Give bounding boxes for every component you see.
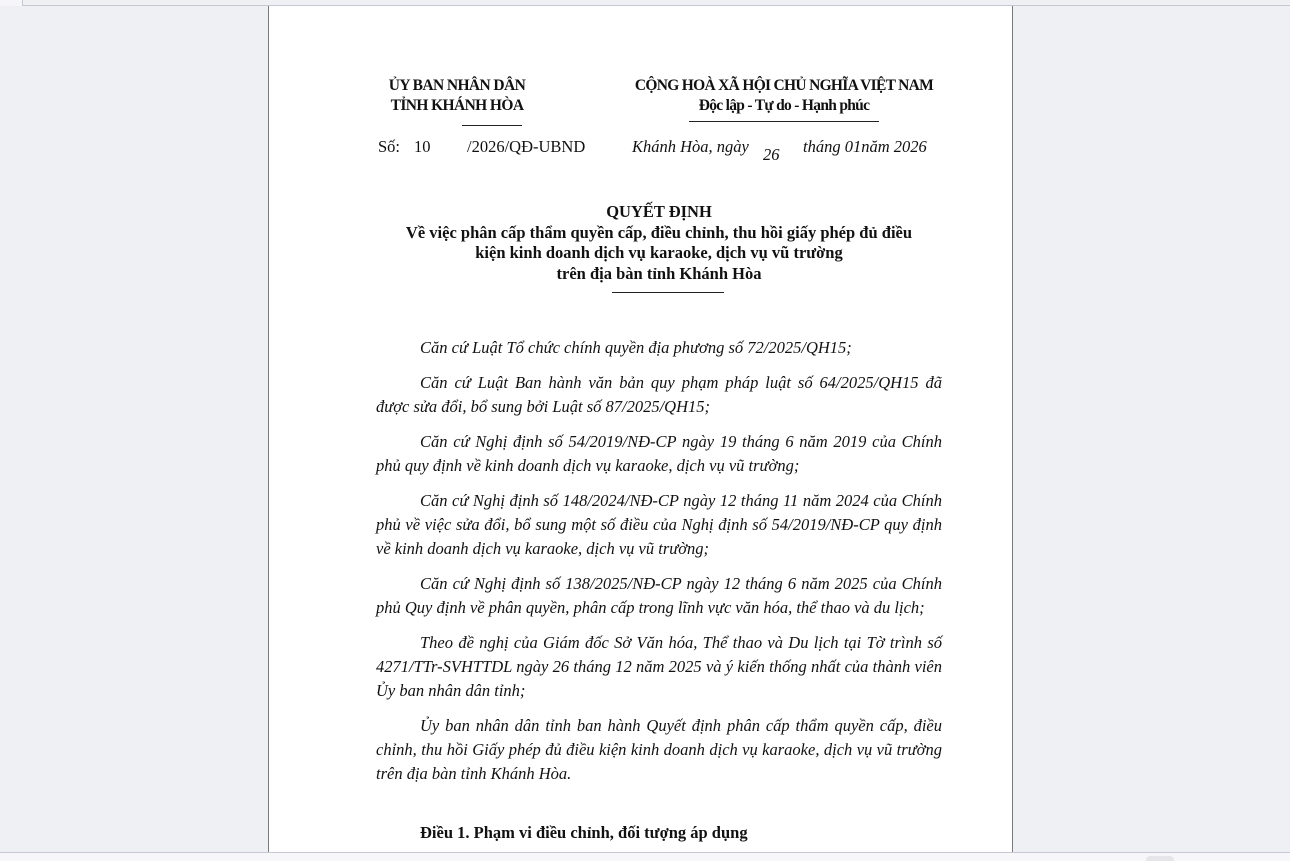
decision-title: QUYẾT ĐỊNH xyxy=(369,202,949,223)
decision-title-block: QUYẾT ĐỊNH Về việc phân cấp thẩm quyền c… xyxy=(369,202,949,284)
national-title: CỘNG HOÀ XÃ HỘI CHỦ NGHĨA VIỆT NAM xyxy=(629,76,939,96)
scrollbar-thumb[interactable] xyxy=(1146,856,1174,861)
authority-line-1: ỦY BAN NHÂN DÂN xyxy=(377,76,537,96)
authority-line-2: TỈNH KHÁNH HÒA xyxy=(377,96,537,116)
document-number-suffix: /2026/QĐ-UBND xyxy=(467,137,585,157)
legal-basis-paragraph: Căn cứ Luật Ban hành văn bản quy phạm ph… xyxy=(376,371,942,419)
title-underline xyxy=(612,292,724,293)
legal-basis-paragraph: Ủy ban nhân dân tỉnh ban hành Quyết định… xyxy=(376,714,942,786)
date-prefix: Khánh Hòa, ngày xyxy=(632,137,749,157)
legal-basis-paragraph: Căn cứ Nghị định số 138/2025/NĐ-CP ngày … xyxy=(376,572,942,620)
authority-underline xyxy=(462,125,522,126)
motto-underline xyxy=(689,121,879,122)
date-day: 26 xyxy=(763,145,780,165)
legal-basis: Căn cứ Luật Tổ chức chính quyền địa phươ… xyxy=(376,336,942,797)
document-number-label: Số: xyxy=(378,137,400,157)
decision-subtitle-line: kiện kinh doanh dịch vụ karaoke, dịch vụ… xyxy=(369,243,949,264)
national-motto: Độc lập - Tự do - Hạnh phúc xyxy=(629,96,939,116)
decision-subtitle-line: trên địa bàn tỉnh Khánh Hòa xyxy=(369,264,949,285)
legal-basis-paragraph: Căn cứ Nghị định số 148/2024/NĐ-CP ngày … xyxy=(376,489,942,561)
legal-basis-paragraph: Căn cứ Nghị định số 54/2019/NĐ-CP ngày 1… xyxy=(376,430,942,478)
date-suffix: tháng 01năm 2026 xyxy=(803,137,927,157)
document-number-value: 10 xyxy=(414,137,431,157)
decision-subtitle-line: Về việc phân cấp thẩm quyền cấp, điều ch… xyxy=(369,223,949,244)
article-1-heading: Điều 1. Phạm vi điều chỉnh, đối tượng áp… xyxy=(420,823,748,843)
issuing-authority: ỦY BAN NHÂN DÂN TỈNH KHÁNH HÒA xyxy=(377,76,537,116)
national-header: CỘNG HOÀ XÃ HỘI CHỦ NGHĨA VIỆT NAM Độc l… xyxy=(629,76,939,116)
legal-basis-paragraph: Theo đề nghị của Giám đốc Sở Văn hóa, Th… xyxy=(376,631,942,703)
legal-basis-paragraph: Căn cứ Luật Tổ chức chính quyền địa phươ… xyxy=(376,336,942,360)
horizontal-scrollbar[interactable] xyxy=(0,852,1290,861)
document-page: ỦY BAN NHÂN DÂN TỈNH KHÁNH HÒA CỘNG HOÀ … xyxy=(268,6,1013,852)
document-viewer[interactable]: ỦY BAN NHÂN DÂN TỈNH KHÁNH HÒA CỘNG HOÀ … xyxy=(0,6,1290,852)
